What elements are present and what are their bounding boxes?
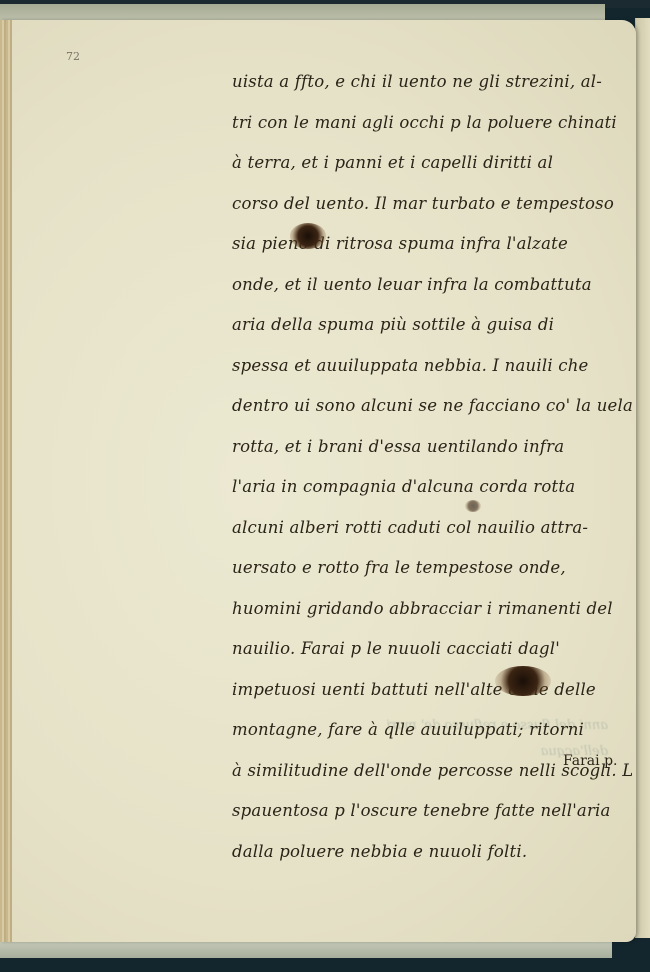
next-page-edge xyxy=(635,18,650,938)
text-line-10: rotta, et i brani d'essa uentilando infr… xyxy=(232,427,632,468)
text-line-11: l'aria in compagnia d'alcuna corda rotta xyxy=(232,467,632,508)
text-line-7: aria della spuma più sottile à guisa di xyxy=(232,305,632,346)
catchword: Farai p. xyxy=(563,753,618,769)
folio-number: 72 xyxy=(66,50,80,63)
handwritten-text-block: uista a ffto, e chi il uento ne gli stre… xyxy=(232,62,632,872)
text-line-8: spessa et auuiluppata nebbia. I nauili c… xyxy=(232,346,632,387)
text-line-9: dentro ui sono alcuni se ne facciano co'… xyxy=(232,386,632,427)
text-line-16: impetuosi uenti battuti nell'alte cime d… xyxy=(232,670,632,711)
text-line-2: tri con le mani agli occhi p la poluere … xyxy=(232,103,632,144)
ink-blot xyxy=(465,500,481,512)
text-line-3: à terra, et i panni et i capelli diritti… xyxy=(232,143,632,184)
text-line-6: onde, et il uento leuar infra la combatt… xyxy=(232,265,632,306)
text-line-12: alcuni alberi rotti caduti col nauilio a… xyxy=(232,508,632,549)
text-line-1: uista a ffto, e chi il uento ne gli stre… xyxy=(232,62,632,103)
ink-burn-mark xyxy=(290,223,326,249)
text-line-15: nauilio. Farai p le nuuoli cacciati dagl… xyxy=(232,629,632,670)
ink-burn-mark xyxy=(495,666,551,696)
page-stack-edge-bottom xyxy=(0,942,612,958)
text-line-17: montagne, fare à qlle auuiluppati; ritor… xyxy=(232,710,632,751)
text-line-13: uersato e rotto fra le tempestose onde, xyxy=(232,548,632,589)
text-line-20: dalla poluere nebbia e nuuoli folti. xyxy=(232,832,632,873)
text-line-19: spauentosa p l'oscure tenebre fatte nell… xyxy=(232,791,632,832)
text-line-14: huomini gridando abbracciar i rimanenti … xyxy=(232,589,632,630)
binding-gutter xyxy=(0,20,12,942)
text-line-4: corso del uento. Il mar turbato e tempes… xyxy=(232,184,632,225)
